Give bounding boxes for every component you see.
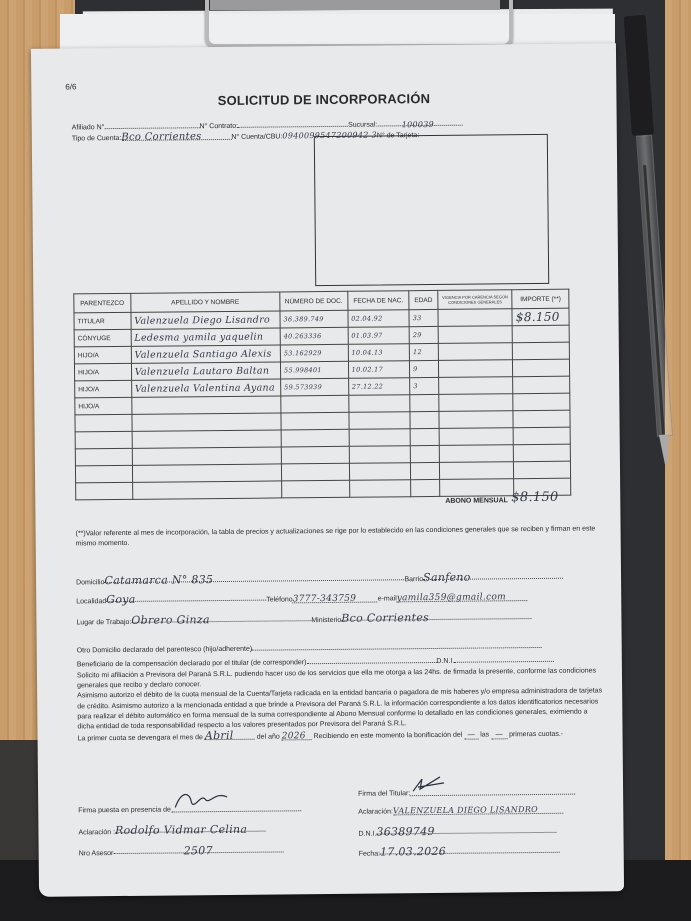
cell-edad[interactable]: [410, 411, 439, 428]
cell-importe[interactable]: [512, 325, 569, 343]
cell-parentesco: [76, 482, 133, 500]
cell-nac[interactable]: 10.04.13: [348, 344, 410, 362]
trabajo-label: Lugar de Trabajo:: [76, 619, 131, 627]
cell-edad[interactable]: [410, 394, 439, 411]
cell-edad[interactable]: 12: [409, 343, 438, 360]
cell-doc[interactable]: [281, 412, 349, 430]
telefono-field[interactable]: 3777-343759: [293, 594, 378, 604]
cuenta-cbu-label: N° Cuenta/CBU:: [231, 133, 282, 140]
legal-text: Solicito mi afiliación a Previsora del P…: [77, 666, 603, 744]
telefono-label: Teléfono: [266, 596, 293, 603]
presencia-row: Firma puesta en presencia de: [78, 802, 301, 814]
email-label: e-mail: [378, 595, 397, 602]
cell-nombre[interactable]: Valenzuela Valentina Ayana: [131, 379, 280, 397]
ministerio-label: Ministerio: [311, 617, 341, 624]
localidad-label: Localidad: [76, 598, 106, 605]
cell-importe[interactable]: [513, 359, 570, 377]
cell-vigencia[interactable]: [438, 360, 513, 378]
trabajo-row: Lugar de Trabajo:Obrero GinzaMinisterioB…: [76, 610, 531, 626]
cell-edad[interactable]: [410, 428, 439, 445]
localidad-field[interactable]: Goya: [106, 592, 266, 603]
aclaracion-right-label: Aclaración:: [358, 808, 393, 815]
cell-importe[interactable]: [513, 393, 570, 411]
cell-doc[interactable]: 55.998401: [280, 361, 348, 379]
cell-vigencia[interactable]: [439, 479, 514, 497]
cell-doc[interactable]: 53.162929: [280, 344, 348, 362]
aclaracion-left-field[interactable]: Rodolfo Vidmar Celina: [115, 823, 265, 833]
cell-edad[interactable]: [410, 445, 439, 462]
cell-doc[interactable]: 40.263336: [280, 327, 348, 345]
cell-nac[interactable]: [349, 480, 411, 498]
cell-doc[interactable]: [281, 395, 349, 413]
col-importe: IMPORTE (**): [512, 289, 569, 309]
cell-vigencia[interactable]: [439, 445, 514, 463]
members-body: TITULARValenzuela Diego Lisandro36.389.7…: [74, 308, 571, 500]
bonus-value[interactable]: —: [464, 731, 478, 740]
col-doc: NÚMERO DE DOC.: [280, 291, 348, 311]
otro-domicilio-label: Otro Domicilio declarado del parentesco …: [77, 646, 253, 655]
domicilio-label: Domicilio: [76, 579, 104, 586]
cell-vigencia[interactable]: [439, 394, 514, 412]
cell-parentesco: HIJO/A: [74, 363, 131, 381]
cell-parentesco: [75, 465, 132, 483]
photo-box: [314, 134, 549, 286]
cell-nac[interactable]: [349, 412, 411, 430]
cell-edad[interactable]: 9: [410, 360, 439, 377]
tarjeta-field[interactable]: 100039: [402, 120, 434, 129]
first-fee-year-label: del año: [257, 734, 280, 741]
titular-label: Firma del Titular:: [358, 790, 410, 798]
cell-nac[interactable]: 02.04.92: [348, 310, 410, 328]
form-title: SOLICITUD DE INCORPORACIÓN: [31, 89, 616, 110]
col-parentesco: PARENTEZCO: [74, 293, 131, 313]
aclaracion-right-field[interactable]: VALENZUELA DIEGO LISANDRO: [393, 805, 563, 816]
presencia-label: Firma puesta en presencia de: [78, 807, 171, 815]
cell-vigencia[interactable]: [439, 462, 514, 480]
titular-signature[interactable]: [410, 786, 575, 797]
tipo-cuenta-label: Tipo de Cuenta:: [72, 135, 122, 142]
fecha-row: Fecha:17.03.2026: [359, 844, 561, 858]
cell-importe[interactable]: [513, 376, 570, 394]
afiliado-field[interactable]: [104, 119, 199, 129]
sucursal-label: Sucursal:: [348, 122, 377, 129]
abono-value[interactable]: $8.150: [511, 490, 558, 505]
cell-nac[interactable]: 01.03.97: [348, 327, 410, 345]
signature-scribble: [171, 789, 231, 812]
cell-edad[interactable]: [411, 479, 440, 496]
cell-nombre[interactable]: Valenzuela Lautaro Baltan: [131, 362, 280, 380]
cell-doc[interactable]: 59.573939: [281, 378, 349, 396]
presencia-signature[interactable]: [171, 802, 301, 812]
cell-vigencia[interactable]: [438, 377, 513, 395]
beneficiario-field[interactable]: [306, 654, 436, 664]
localidad-row: LocalidadGoyaTeléfono3777-343759e-mailya…: [76, 589, 527, 605]
cell-vigencia[interactable]: [438, 343, 513, 361]
cell-parentesco: HIJO/A: [75, 397, 132, 415]
cell-nombre[interactable]: [131, 396, 280, 414]
cell-edad[interactable]: 29: [409, 326, 438, 343]
first-fee-prefix: La primer cuota se devengara el mes de: [78, 734, 203, 742]
contrato-label: N° Contrato:: [199, 123, 238, 130]
price-note: (**)Valor referente al mes de incorporac…: [76, 524, 601, 549]
cell-parentesco: CÓNYUGE: [74, 329, 131, 347]
beneficiario-dni-field[interactable]: [454, 653, 554, 663]
cell-importe[interactable]: [513, 410, 570, 428]
cell-nac[interactable]: [348, 395, 410, 413]
aclaracion-left-label: Aclaración :: [78, 829, 115, 836]
cell-nombre[interactable]: Valenzuela Santiago Alexis: [131, 345, 280, 363]
cell-edad[interactable]: [411, 462, 440, 479]
col-vigencia: VIGENCIA POR CARENCIA SEGÚN CONDICIONES …: [438, 290, 513, 310]
col-nac: FECHA DE NAC.: [347, 291, 409, 311]
abono-label: ABONO MENSUAL: [445, 497, 508, 505]
cell-parentesco: [75, 448, 132, 466]
contrato-field[interactable]: [238, 118, 348, 128]
bonus-count[interactable]: —: [491, 731, 507, 740]
cell-parentesco: [75, 414, 132, 432]
asesor-field[interactable]: 2507: [113, 843, 283, 854]
cell-doc[interactable]: [282, 480, 350, 498]
cell-parentesco: HIJO/A: [74, 346, 131, 364]
cell-nombre[interactable]: [132, 413, 281, 431]
dni-right-label: D.N.I.: [358, 831, 376, 838]
asesor-label: Nro Asesor: [79, 850, 114, 857]
otro-domicilio-field[interactable]: [252, 639, 542, 651]
cell-doc[interactable]: [281, 463, 349, 481]
cell-vigencia[interactable]: [439, 428, 514, 446]
cell-doc[interactable]: [281, 446, 349, 464]
cell-importe[interactable]: $8.150: [512, 308, 569, 326]
cell-nac[interactable]: 10.02.17: [348, 361, 410, 379]
cell-parentesco: TITULAR: [74, 312, 131, 330]
cell-importe[interactable]: [513, 342, 570, 360]
cell-vigencia[interactable]: [438, 326, 513, 344]
dni-right-row: D.N.I.36389749: [358, 824, 556, 838]
email-field[interactable]: yamila359@gmail.com: [397, 592, 527, 602]
cell-nac[interactable]: [349, 446, 411, 464]
afiliado-label: Afiliado N°: [72, 124, 105, 131]
cell-nombre[interactable]: [132, 464, 281, 482]
cell-doc[interactable]: 36.389.749: [280, 310, 348, 328]
col-nombre: APELLIDO Y NOMBRE: [130, 292, 280, 312]
cell-nac[interactable]: 27.12.22: [348, 378, 410, 396]
titular-row: Firma del Titular:: [358, 786, 575, 798]
domicilio-field[interactable]: Catamarca N° 835: [104, 571, 404, 583]
fecha-field[interactable]: 17.03.2026: [380, 844, 560, 855]
clipboard-clip[interactable]: [205, 0, 513, 48]
barrio-label: Barrio: [404, 576, 423, 583]
tipo-cuenta-field[interactable]: Bco Corrientes: [121, 131, 231, 141]
otro-domicilio-row: Otro Domicilio declarado del parentesco …: [77, 639, 543, 654]
cell-vigencia[interactable]: [439, 411, 514, 429]
cell-doc[interactable]: [281, 429, 349, 447]
cell-nombre[interactable]: [132, 430, 281, 448]
cell-nombre[interactable]: [132, 481, 281, 499]
cell-parentesco: [75, 431, 132, 449]
dni-right-field[interactable]: 36389749: [376, 824, 556, 835]
ministerio-field[interactable]: Bco Corrientes: [341, 610, 531, 621]
cell-nac[interactable]: [349, 463, 411, 481]
pen-tip: [659, 434, 671, 465]
beneficiario-dni-label: D.N.I.: [436, 658, 454, 665]
col-edad: EDAD: [409, 290, 438, 309]
fecha-label: Fecha:: [359, 851, 380, 858]
signature-scribble: [410, 775, 450, 795]
members-table: PARENTEZCO APELLIDO Y NOMBRE NÚMERO DE D…: [73, 289, 571, 501]
form-sheet: 6/6 SOLICITUD DE INCORPORACIÓN Afiliado …: [31, 43, 624, 897]
cell-nombre[interactable]: Ledesma yamila yaquelin: [131, 328, 280, 346]
cell-nombre[interactable]: Valenzuela Diego Lisandro: [131, 311, 280, 329]
cell-importe[interactable]: [513, 427, 570, 445]
bonus-text-1: Recibiendo en este momento la bonificaci…: [314, 732, 463, 740]
cell-vigencia[interactable]: [438, 309, 513, 327]
cell-nombre[interactable]: [132, 447, 281, 465]
cell-importe[interactable]: [514, 461, 571, 479]
cell-edad[interactable]: 33: [409, 309, 438, 326]
cell-nac[interactable]: [349, 429, 411, 447]
first-fee-year[interactable]: 2026: [282, 731, 312, 740]
page-number: 6/6: [65, 82, 76, 91]
bonus-text-3: primeras cuotas.-: [509, 731, 563, 739]
legal-paragraph-2: Asimismo autorizo el débito de la cuota …: [77, 687, 602, 733]
aclaracion-left-row: Aclaración :Rodolfo Vidmar Celina: [78, 823, 265, 837]
cell-edad[interactable]: 3: [410, 377, 439, 394]
trabajo-field[interactable]: Obrero Ginza: [131, 612, 311, 623]
cell-importe[interactable]: [514, 444, 571, 462]
beneficiario-row: Beneficiario de la compensación declarad…: [77, 653, 555, 669]
asesor-row: Nro Asesor2507: [79, 843, 284, 857]
bonus-text-2: las: [480, 732, 489, 739]
beneficiario-label: Beneficiario de la compensación declarad…: [77, 659, 307, 668]
first-fee-month[interactable]: Abril: [205, 731, 255, 740]
barrio-field[interactable]: Sanfeno: [423, 570, 563, 580]
domicilio-row: DomicilioCatamarca N° 835BarrioSanfeno: [76, 570, 563, 587]
cell-parentesco: HIJO/A: [75, 380, 132, 398]
aclaracion-right-row: Aclaración:VALENZUELA DIEGO LISANDRO: [358, 805, 563, 816]
